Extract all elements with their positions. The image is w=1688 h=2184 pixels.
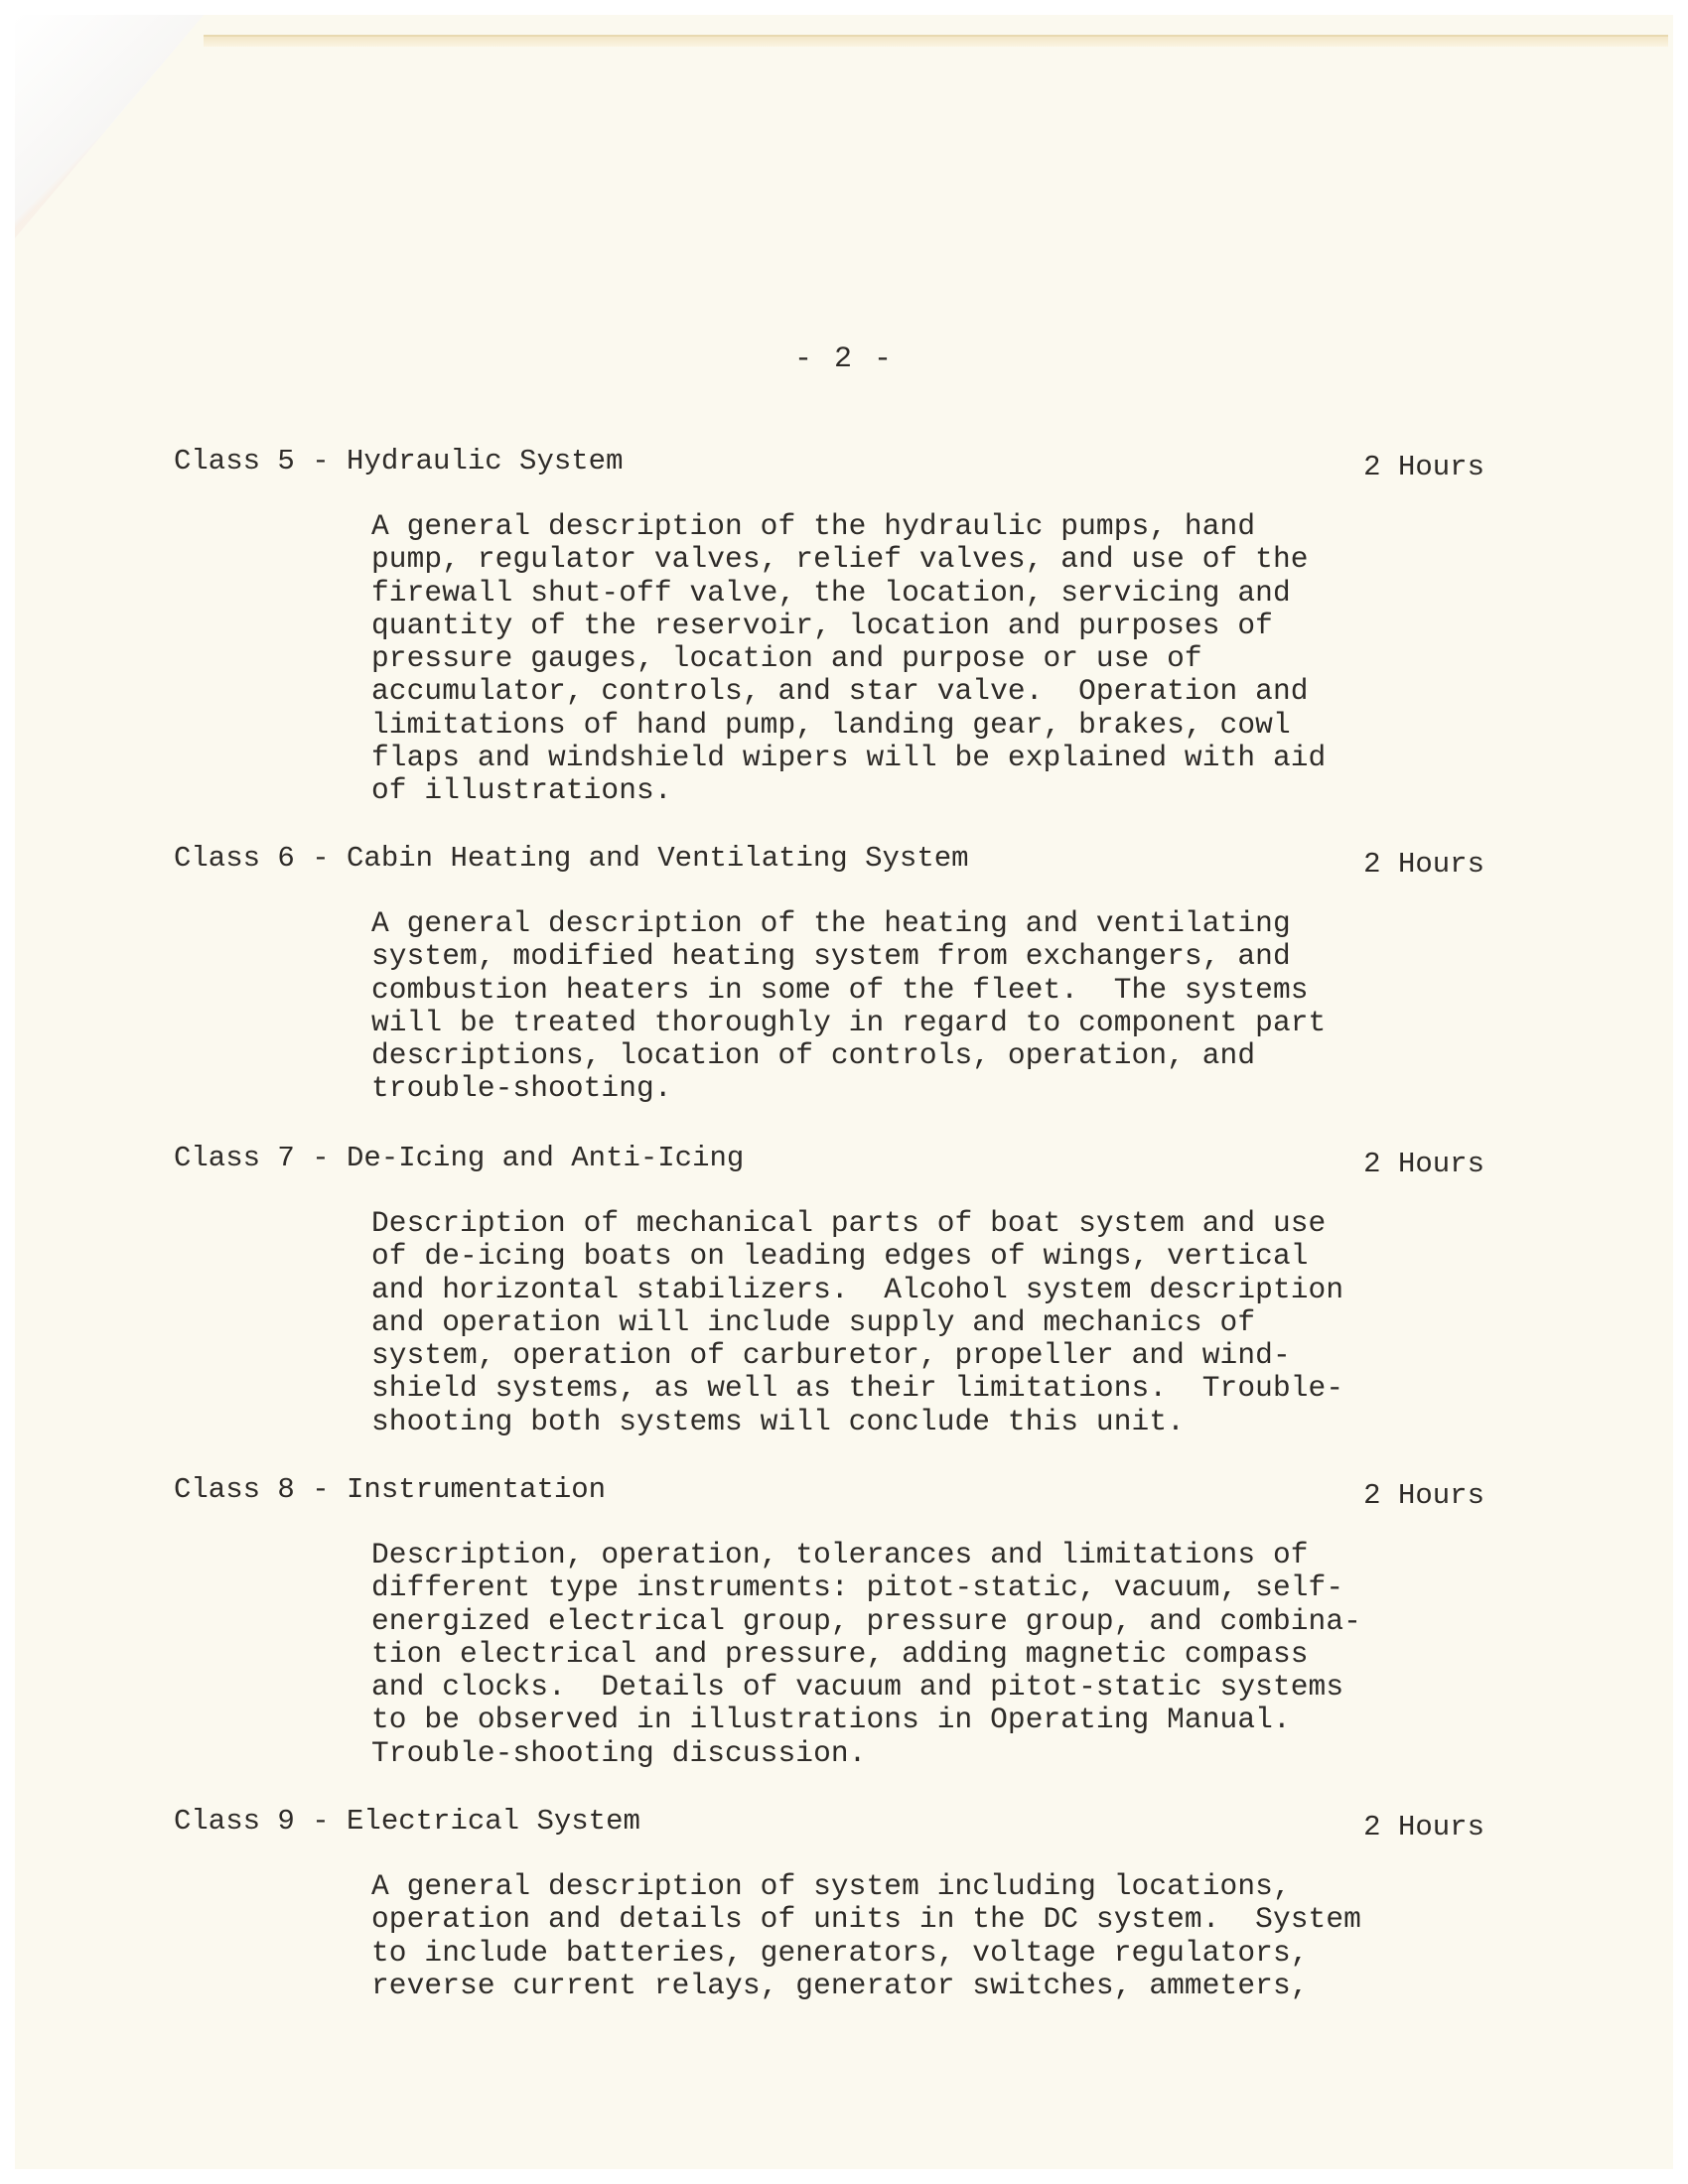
- section-body: Description, operation, tolerances and l…: [371, 1539, 1503, 1770]
- body-line: will be treated thoroughly in regard to …: [371, 1007, 1503, 1039]
- section-heading: Class 9 - Electrical System 2 Hours: [174, 1805, 1484, 1844]
- body-line: and operation will include supply and me…: [371, 1306, 1503, 1339]
- body-line: system, modified heating system from exc…: [371, 940, 1503, 973]
- body-line: reverse current relays, generator switch…: [371, 1970, 1503, 2002]
- body-line: and horizontal stabilizers. Alcohol syst…: [371, 1274, 1503, 1306]
- section-hours: 2 Hours: [1363, 1811, 1484, 1843]
- body-line: descriptions, location of controls, oper…: [371, 1039, 1503, 1072]
- section-body: A general description of system includin…: [371, 1870, 1503, 2002]
- body-line: shooting both systems will conclude this…: [371, 1406, 1503, 1438]
- body-line: A general description of the hydraulic p…: [371, 510, 1503, 543]
- section-body: A general description of the hydraulic p…: [371, 510, 1503, 808]
- section-hours: 2 Hours: [1363, 1148, 1484, 1180]
- body-line: A general description of system includin…: [371, 1870, 1503, 1903]
- section-body: Description of mechanical parts of boat …: [371, 1207, 1503, 1438]
- body-line: pump, regulator valves, relief valves, a…: [371, 543, 1503, 576]
- body-line: limitations of hand pump, landing gear, …: [371, 709, 1503, 742]
- section-title: Class 8 - Instrumentation: [174, 1473, 606, 1506]
- body-line: Description, operation, tolerances and l…: [371, 1539, 1503, 1571]
- section-title: Class 9 - Electrical System: [174, 1805, 640, 1838]
- section-title: Class 5 - Hydraulic System: [174, 445, 623, 478]
- section-hours: 2 Hours: [1363, 451, 1484, 483]
- body-line: operation and details of units in the DC…: [371, 1903, 1503, 1936]
- typed-document: - 2 - Class 5 - Hydraulic System 2 Hours…: [0, 0, 1688, 2184]
- body-line: to include batteries, generators, voltag…: [371, 1937, 1503, 1970]
- body-line: shield systems, as well as their limitat…: [371, 1372, 1503, 1405]
- section-heading: Class 7 - De-Icing and Anti-Icing 2 Hour…: [174, 1142, 1484, 1181]
- section-heading: Class 8 - Instrumentation 2 Hours: [174, 1473, 1484, 1513]
- body-line: A general description of the heating and…: [371, 907, 1503, 940]
- body-line: to be observed in illustrations in Opera…: [371, 1704, 1503, 1736]
- section-body: A general description of the heating and…: [371, 907, 1503, 1106]
- body-line: flaps and windshield wipers will be expl…: [371, 742, 1503, 774]
- body-line: different type instruments: pitot-static…: [371, 1571, 1503, 1604]
- body-line: tion electrical and pressure, adding mag…: [371, 1638, 1503, 1671]
- body-line: energized electrical group, pressure gro…: [371, 1605, 1503, 1638]
- page-number: - 2 -: [0, 342, 1688, 376]
- body-line: system, operation of carburetor, propell…: [371, 1339, 1503, 1372]
- body-line: Description of mechanical parts of boat …: [371, 1207, 1503, 1240]
- body-line: and clocks. Details of vacuum and pitot-…: [371, 1671, 1503, 1704]
- body-line: quantity of the reservoir, location and …: [371, 610, 1503, 642]
- section-heading: Class 5 - Hydraulic System 2 Hours: [174, 445, 1484, 484]
- body-line: of illustrations.: [371, 774, 1503, 807]
- body-line: of de-icing boats on leading edges of wi…: [371, 1240, 1503, 1273]
- body-line: accumulator, controls, and star valve. O…: [371, 675, 1503, 708]
- body-line: pressure gauges, location and purpose or…: [371, 642, 1503, 675]
- body-line: combustion heaters in some of the fleet.…: [371, 974, 1503, 1007]
- section-hours: 2 Hours: [1363, 848, 1484, 881]
- section-hours: 2 Hours: [1363, 1479, 1484, 1512]
- body-line: Trouble-shooting discussion.: [371, 1737, 1503, 1770]
- body-line: trouble-shooting.: [371, 1072, 1503, 1105]
- section-title: Class 7 - De-Icing and Anti-Icing: [174, 1142, 744, 1174]
- section-heading: Class 6 - Cabin Heating and Ventilating …: [174, 842, 1484, 882]
- body-line: firewall shut-off valve, the location, s…: [371, 577, 1503, 610]
- section-title: Class 6 - Cabin Heating and Ventilating …: [174, 842, 969, 875]
